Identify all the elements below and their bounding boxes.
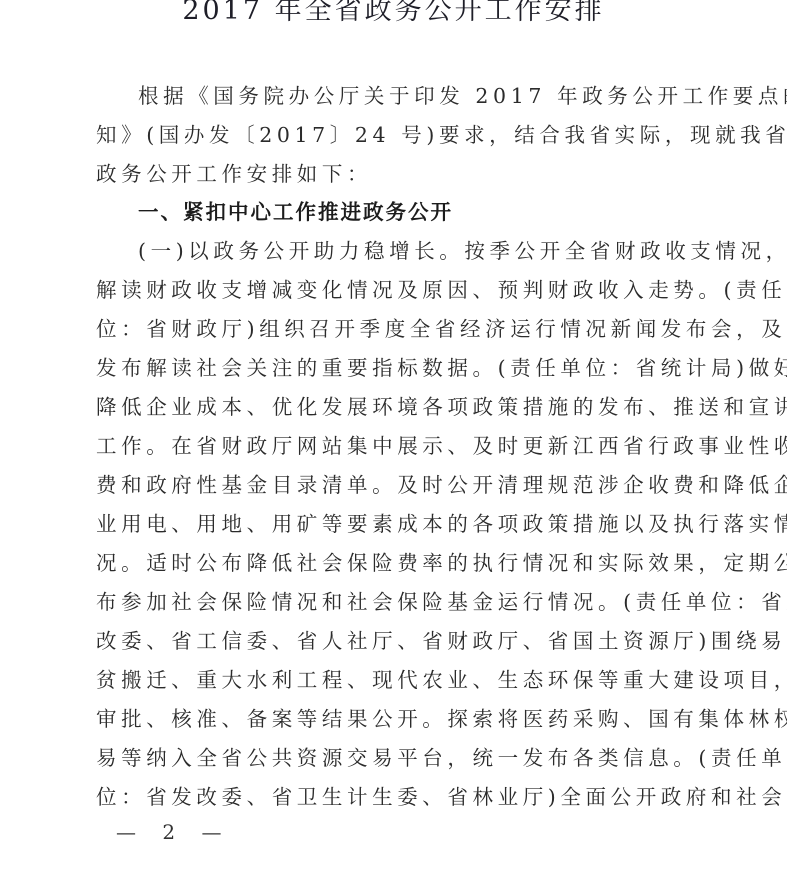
- paragraph-line: 改委、省工信委、省人社厅、省财政厅、省国土资源厅)围绕易地扶: [96, 626, 696, 656]
- paragraph-line: 审批、核准、备案等结果公开。探索将医药采购、国有集体林权交: [96, 704, 696, 734]
- paragraph-line: 降低企业成本、优化发展环境各项政策措施的发布、推送和宣讲等: [96, 392, 696, 422]
- paragraph-line: 易等纳入全省公共资源交易平台，统一发布各类信息。(责任单: [96, 743, 696, 773]
- paragraph-line: 位：省财政厅)组织召开季度全省经济运行情况新闻发布会，及时: [96, 314, 696, 344]
- paragraph-line: 知》(国办发〔2017〕24 号)要求，结合我省实际，现就我省 2017 年: [96, 120, 696, 150]
- paragraph-line: 布参加社会保险情况和社会保险基金运行情况。(责任单位：省发: [96, 587, 696, 617]
- paragraph-line: 解读财政收支增减变化情况及原因、预判财政收入走势。(责任单: [96, 275, 696, 305]
- page-number: — 2 —: [116, 820, 231, 844]
- paragraph-line: 业用电、用地、用矿等要素成本的各项政策措施以及执行落实情: [96, 509, 696, 539]
- paragraph-line: 工作。在省财政厅网站集中展示、及时更新江西省行政事业性收: [96, 431, 696, 461]
- section-heading: 一、紧扣中心工作推进政务公开: [138, 197, 738, 227]
- paragraph-line: 位：省发改委、省卫生计生委、省林业厅)全面公开政府和社会资本: [96, 782, 696, 812]
- paragraph-line: 贫搬迁、重大水利工程、现代农业、生态环保等重大建设项目，做好: [96, 665, 696, 695]
- document-title: 2017 年全省政务公开工作安排: [0, 0, 787, 27]
- paragraph-line: 根据《国务院办公厅关于印发 2017 年政务公开工作要点的通: [138, 81, 738, 111]
- paragraph-line: 政务公开工作安排如下：: [96, 159, 696, 189]
- paragraph-line: 发布解读社会关注的重要指标数据。(责任单位：省统计局)做好: [96, 353, 696, 383]
- paragraph-line: 况。适时公布降低社会保险费率的执行情况和实际效果，定期公: [96, 548, 696, 578]
- paragraph-line: 费和政府性基金目录清单。及时公开清理规范涉企收费和降低企: [96, 470, 696, 500]
- subsection-line: (一)以政务公开助力稳增长。按季公开全省财政收支情况，: [138, 236, 738, 266]
